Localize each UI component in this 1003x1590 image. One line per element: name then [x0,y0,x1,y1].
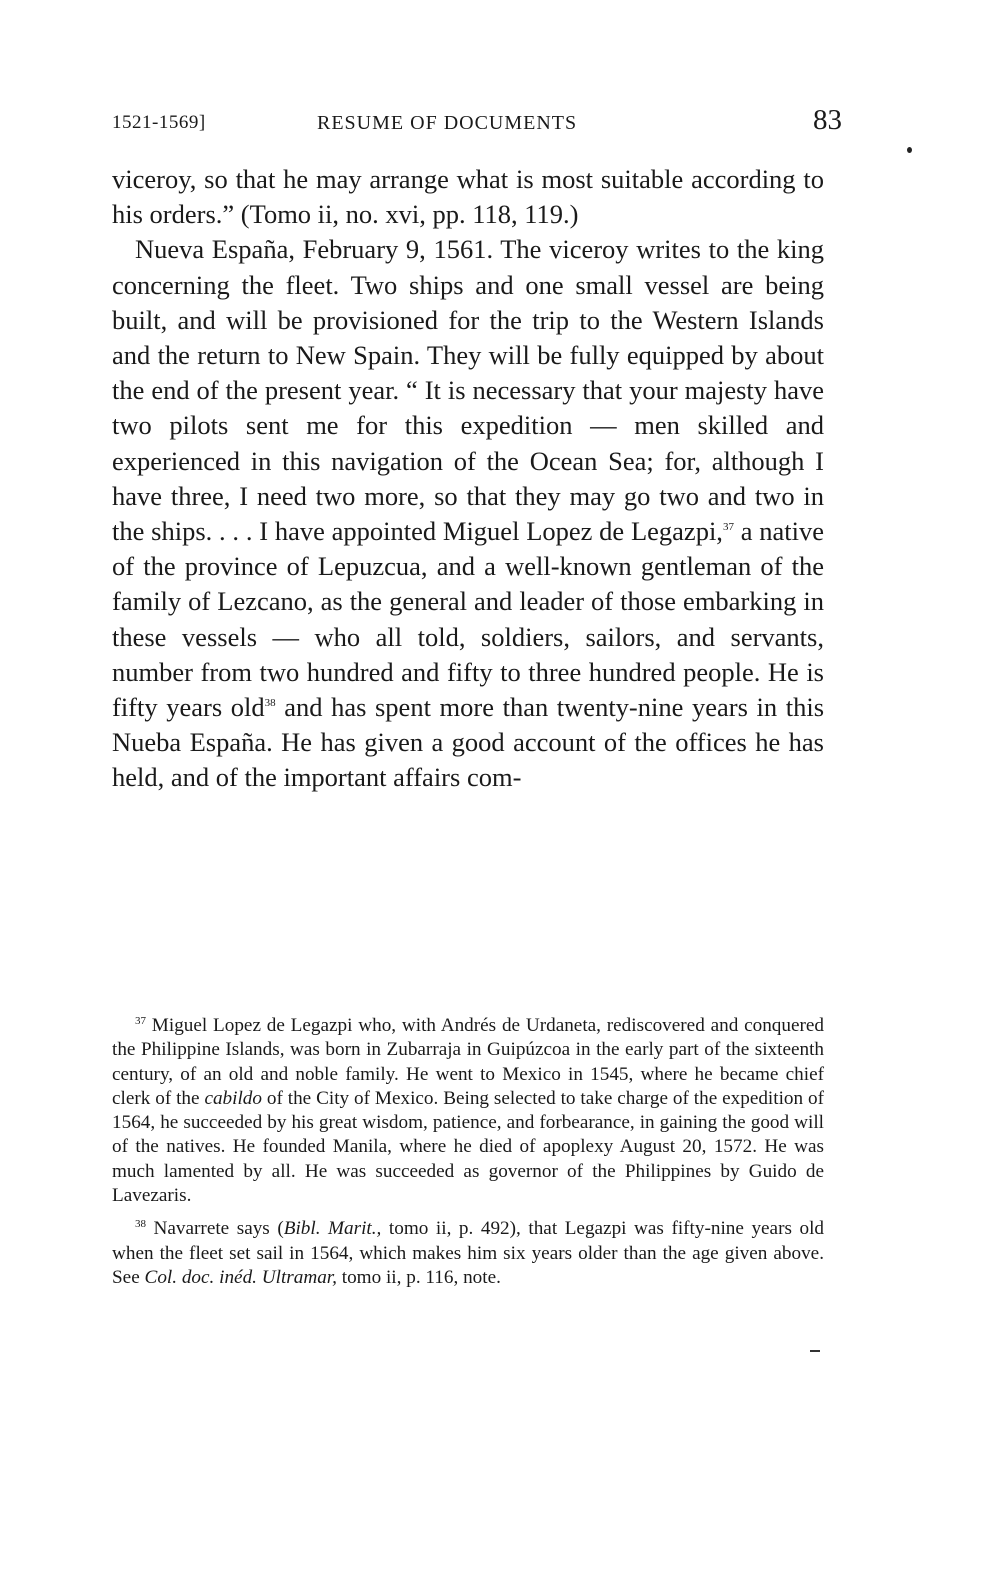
footnote-ref-38: 38 [265,697,276,709]
running-title: RESUME OF DOCUMENTS [317,112,577,135]
paragraph-2: Nueva España, February 9, 1561. The vice… [112,232,824,795]
paragraph-1: viceroy, so that he may arrange what is … [112,162,824,232]
page-number: 83 [813,104,842,137]
footnote-ref-37: 37 [723,521,734,533]
running-header: 1521-1569] RESUME OF DOCUMENTS 83 [112,104,842,144]
footnote-37: 37 Miguel Lopez de Legazpi who, with And… [112,1014,824,1208]
footnote-38: 38 Navarrete says (Bibl. Marit., tomo ii… [112,1217,824,1290]
ink-mark [810,1350,820,1352]
date-range: 1521-1569] [112,112,206,134]
footnotes: 37 Miguel Lopez de Legazpi who, with And… [112,1014,824,1299]
main-text: viceroy, so that he may arrange what is … [112,162,824,796]
ink-speck [907,147,912,153]
